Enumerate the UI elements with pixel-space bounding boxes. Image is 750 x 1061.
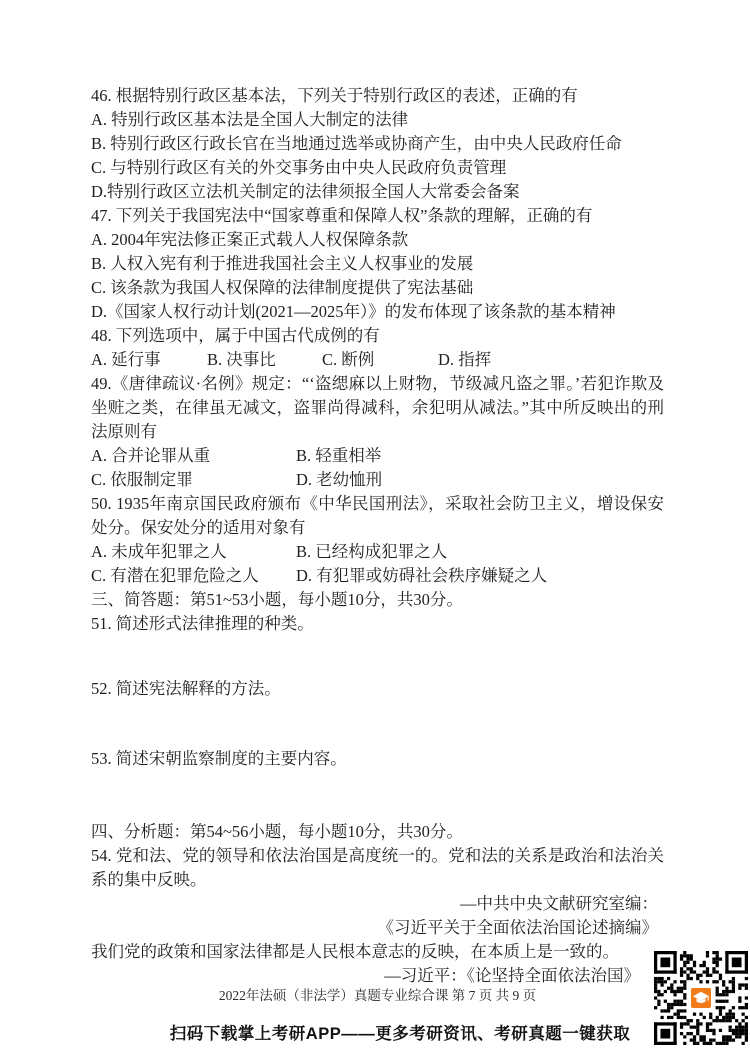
answer-space-52 bbox=[91, 701, 664, 747]
question-46-option-a: A. 特别行政区基本法是全国人大制定的法律 bbox=[91, 108, 664, 132]
question-50-option-c: C. 有潜在犯罪危险之人 bbox=[91, 564, 296, 588]
question-48-stem: 48. 下列选项中，属于中国古代成例的有 bbox=[91, 324, 664, 348]
question-48-option-c: C. 断例 bbox=[322, 348, 438, 372]
exam-content: 46. 根据特别行政区基本法，下列关于特别行政区的表述，正确的有 A. 特别行政… bbox=[91, 84, 664, 988]
exam-page: { "page": { "footer": "2022年法硕（非法学）真题专业综… bbox=[0, 0, 750, 1061]
question-54: 54. 党和法、党的领导和依法治国是高度统一的。党和法的关系是政治和法治关系的集… bbox=[91, 844, 664, 988]
question-46-option-c: C. 与特别行政区有关的外交事务由中央人民政府负责管理 bbox=[91, 156, 664, 180]
question-49-options: A. 合并论罪从重 B. 轻重相举 C. 依服制定罪 D. 老幼恤刑 bbox=[91, 444, 664, 492]
question-47-option-a: A. 2004年宪法修正案正式载人人权保障条款 bbox=[91, 228, 664, 252]
question-54-quote-2: 我们党的政策和国家法律都是人民根本意志的反映，在本质上是一致的。 bbox=[91, 940, 664, 964]
question-47-option-b: B. 人权入宪有利于推进我国社会主义人权事业的发展 bbox=[91, 252, 664, 276]
question-54-attribution-source: —中共中央文献研究室编： bbox=[91, 892, 664, 916]
question-50-option-a: A. 未成年犯罪之人 bbox=[91, 540, 296, 564]
answer-space-51 bbox=[91, 636, 664, 677]
question-47: 47. 下列关于我国宪法中“国家尊重和保障人权”条款的理解，正确的有 A. 20… bbox=[91, 204, 664, 324]
question-51: 51. 简述形式法律推理的种类。 bbox=[91, 612, 664, 636]
qr-code-icon bbox=[654, 951, 748, 1045]
answer-space-53 bbox=[91, 771, 664, 820]
question-46: 46. 根据特别行政区基本法，下列关于特别行政区的表述，正确的有 A. 特别行政… bbox=[91, 84, 664, 204]
question-47-option-c: C. 该条款为我国人权保障的法律制度提供了宪法基础 bbox=[91, 276, 664, 300]
question-49-option-c: C. 依服制定罪 bbox=[91, 468, 296, 492]
question-48-options: A. 延行事 B. 决事比 C. 断例 D. 指挥 bbox=[91, 348, 664, 372]
question-49-stem: 49.《唐律疏议·名例》规定：“‘盗缌麻以上财物，节级减凡盗之罪。’若犯诈欺及坐… bbox=[91, 372, 664, 444]
question-49-option-b: B. 轻重相举 bbox=[296, 444, 664, 468]
question-47-stem: 47. 下列关于我国宪法中“国家尊重和保障人权”条款的理解，正确的有 bbox=[91, 204, 664, 228]
question-50-options: A. 未成年犯罪之人 B. 已经构成犯罪之人 C. 有潜在犯罪危险之人 D. 有… bbox=[91, 540, 664, 588]
page-footer: 2022年法硕（非法学）真题专业综合课 第 7 页 共 9 页 bbox=[91, 984, 664, 1004]
section-4-heading: 四、分析题：第54~56小题，每小题10分，共30分。 bbox=[91, 820, 664, 844]
question-48-option-a: A. 延行事 bbox=[91, 348, 207, 372]
question-54-stem: 54. 党和法、党的领导和依法治国是高度统一的。党和法的关系是政治和法治关系的集… bbox=[91, 844, 664, 892]
question-52: 52. 简述宪法解释的方法。 bbox=[91, 677, 664, 701]
question-50-option-d: D. 有犯罪或妨碍社会秩序嫌疑之人 bbox=[296, 564, 664, 588]
app-logo-icon bbox=[689, 986, 713, 1010]
question-48: 48. 下列选项中，属于中国古代成例的有 A. 延行事 B. 决事比 C. 断例… bbox=[91, 324, 664, 372]
question-48-option-b: B. 决事比 bbox=[207, 348, 322, 372]
question-46-option-d: D.特别行政区立法机关制定的法律须报全国人大常委会备案 bbox=[91, 180, 664, 204]
question-53: 53. 简述宋朝监察制度的主要内容。 bbox=[91, 747, 664, 771]
question-46-stem: 46. 根据特别行政区基本法，下列关于特别行政区的表述，正确的有 bbox=[91, 84, 664, 108]
section-3-heading: 三、简答题：第51~53小题，每小题10分，共30分。 bbox=[91, 588, 664, 612]
question-50: 50. 1935年南京国民政府颁布《中华民国刑法》，采取社会防卫主义，增设保安处… bbox=[91, 492, 664, 588]
promo-banner-text: 扫码下载掌上考研APP——更多考研资讯、考研真题一键获取 bbox=[150, 1020, 650, 1044]
question-48-option-d: D. 指挥 bbox=[438, 348, 664, 372]
question-50-option-b: B. 已经构成犯罪之人 bbox=[296, 540, 664, 564]
question-46-option-b: B. 特别行政区行政长官在当地通过选举或协商产生，由中央人民政府任命 bbox=[91, 132, 664, 156]
question-47-option-d: D.《国家人权行动计划(2021—2025年）》的发布体现了该条款的基本精神 bbox=[91, 300, 664, 324]
question-54-attribution-title: 《习近平关于全面依法治国论述摘编》 bbox=[91, 916, 664, 940]
question-49-option-d: D. 老幼恤刑 bbox=[296, 468, 664, 492]
question-50-stem: 50. 1935年南京国民政府颁布《中华民国刑法》，采取社会防卫主义，增设保安处… bbox=[91, 492, 664, 540]
question-49: 49.《唐律疏议·名例》规定：“‘盗缌麻以上财物，节级减凡盗之罪。’若犯诈欺及坐… bbox=[91, 372, 664, 492]
question-49-option-a: A. 合并论罪从重 bbox=[91, 444, 296, 468]
